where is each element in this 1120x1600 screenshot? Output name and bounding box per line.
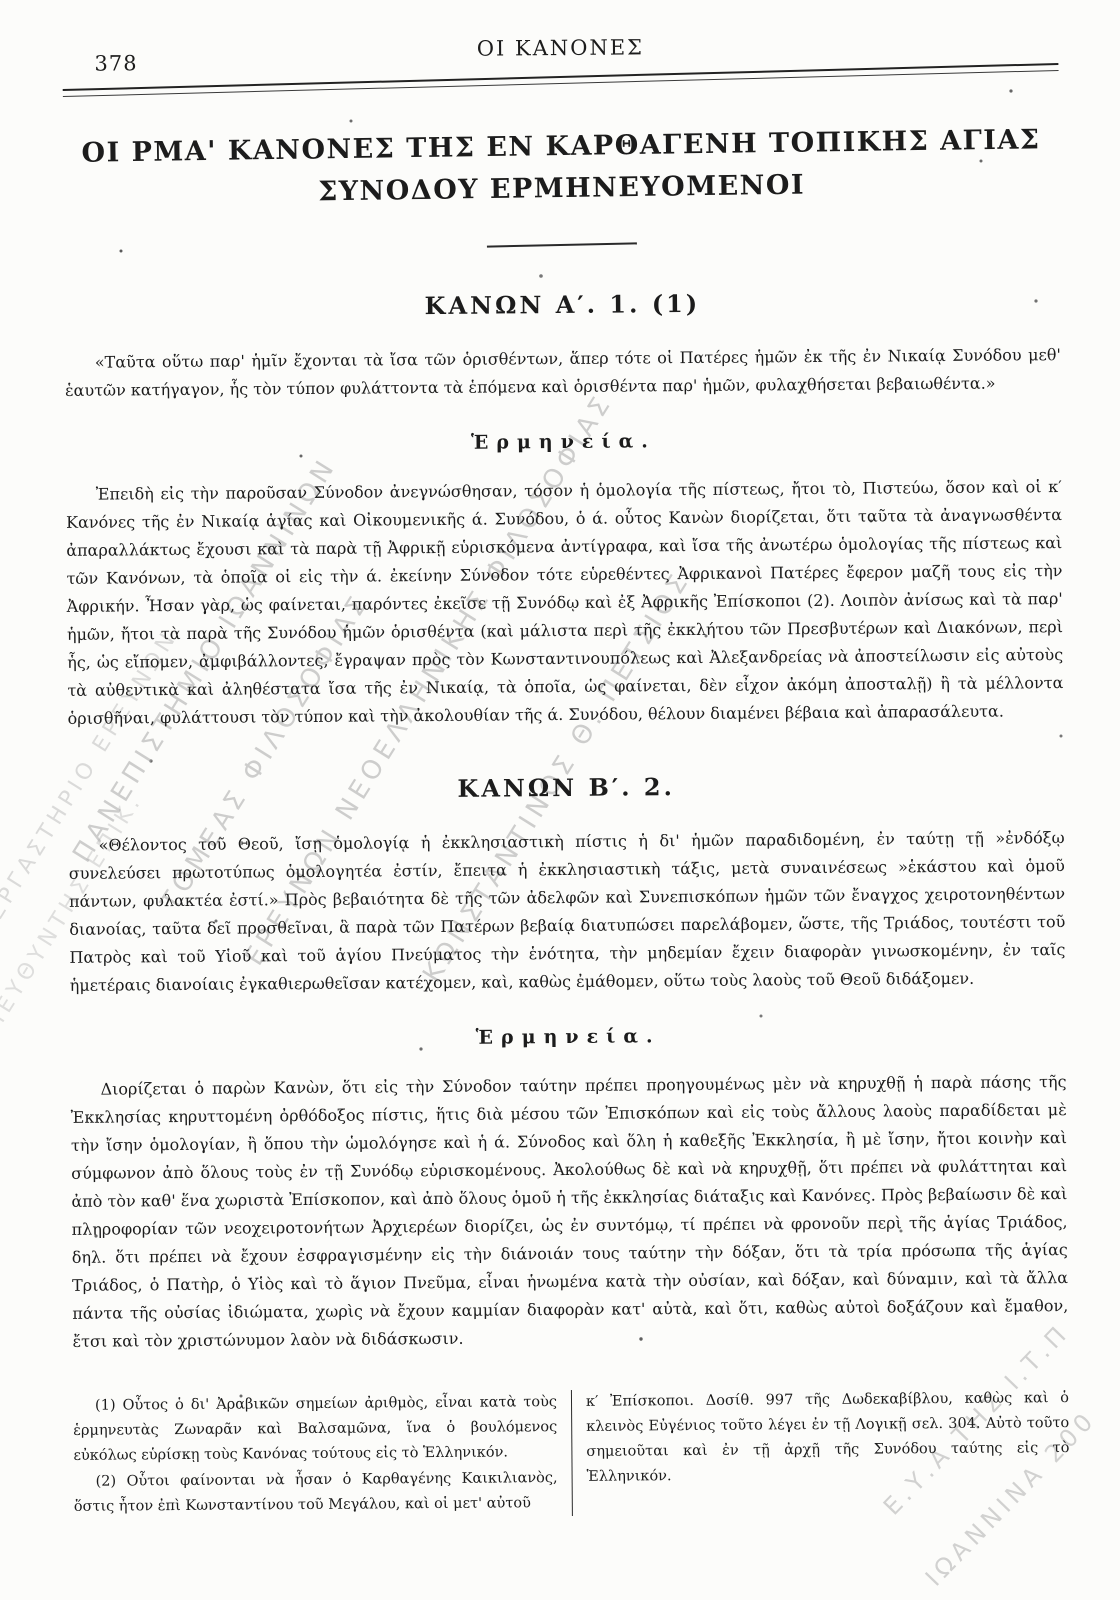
main-title-line-2: ΣΥΝΟΔΟΥ ΕΡΜΗΝΕΥΟΜΕΝΟΙ [318,170,805,208]
canon-1-quote: «Ταῦτα οὕτω παρ' ἡμῖν ἔχονται τὰ ἴσα τῶν… [65,341,1061,405]
canon-2-ermineia-heading: Ἑρμηνεία. [70,1022,1066,1052]
running-title: ΟΙ ΚΑΝΟΝΕΣ [62,32,1058,64]
footnotes: (1) Οὗτος ὁ δι' Ἀραβικῶν σημείων ἀριθμὸς… [73,1386,1070,1520]
page-content: 378 ΟΙ ΚΑΝΟΝΕΣ ΟΙ ΡΜΑ' ΚΑΝΟΝΕΣ ΤΗΣ ΕΝ ΚΑ… [0,0,1120,1520]
main-title-line-1: ΟΙ ΡΜΑ' ΚΑΝΟΝΕΣ ΤΗΣ ΕΝ ΚΑΡΘΑΓΕΝΗ ΤΟΠΙΚΗΣ… [81,124,1040,168]
footnote-2: (2) Οὗτοι φαίνονται νὰ ἦσαν ὁ Καρθαγένης… [74,1466,558,1520]
canon-1-heading: ΚΑΝΩΝ Α′. 1. (1) [64,286,1060,323]
footnote-column-right: κ′ Ἐπίσκοποι. Δοσίθ. 997 τῆς Δωδεκαβίβλο… [571,1386,1070,1516]
canon-1-ermineia-heading: Ἑρμηνεία. [65,427,1061,457]
main-title: ΟΙ ΡΜΑ' ΚΑΝΟΝΕΣ ΤΗΣ ΕΝ ΚΑΡΘΑΓΕΝΗ ΤΟΠΙΚΗΣ… [63,119,1060,217]
title-divider [487,242,637,247]
scanned-book-page: ΠΑΝΕΠΙΣΤΗΜΙΟ ΙΩΑΝΝΙΝΩΝ ΤΟΜΕΑΣ ΦΙΛΟΣΟΦΙΑΣ… [0,0,1120,1600]
canon-2-heading: ΚΑΝΩΝ Β′. 2. [68,769,1064,806]
canon-2-quote: «Θέλοντος τοῦ Θεοῦ, ἴσῃ ὁμολογίᾳ ἡ ἐκκλη… [69,824,1066,1000]
canon-2-interpretation: Διορίζεται ὁ παρὼν Κανὼν, ὅτι εἰς τὴν Σύ… [70,1068,1068,1356]
canon-1-interpretation: Ἐπειδὴ εἰς τὴν παροῦσαν Σύνοδον ἀνεγνώσθ… [66,473,1064,733]
footnote-2-continuation: κ′ Ἐπίσκοποι. Δοσίθ. 997 τῆς Δωδεκαβίβλο… [586,1386,1070,1490]
footnote-1: (1) Οὗτος ὁ δι' Ἀραβικῶν σημείων ἀριθμὸς… [73,1390,558,1469]
footnote-column-left: (1) Οὗτος ὁ δι' Ἀραβικῶν σημείων ἀριθμὸς… [73,1390,572,1520]
scan-speckles [0,0,2,2]
